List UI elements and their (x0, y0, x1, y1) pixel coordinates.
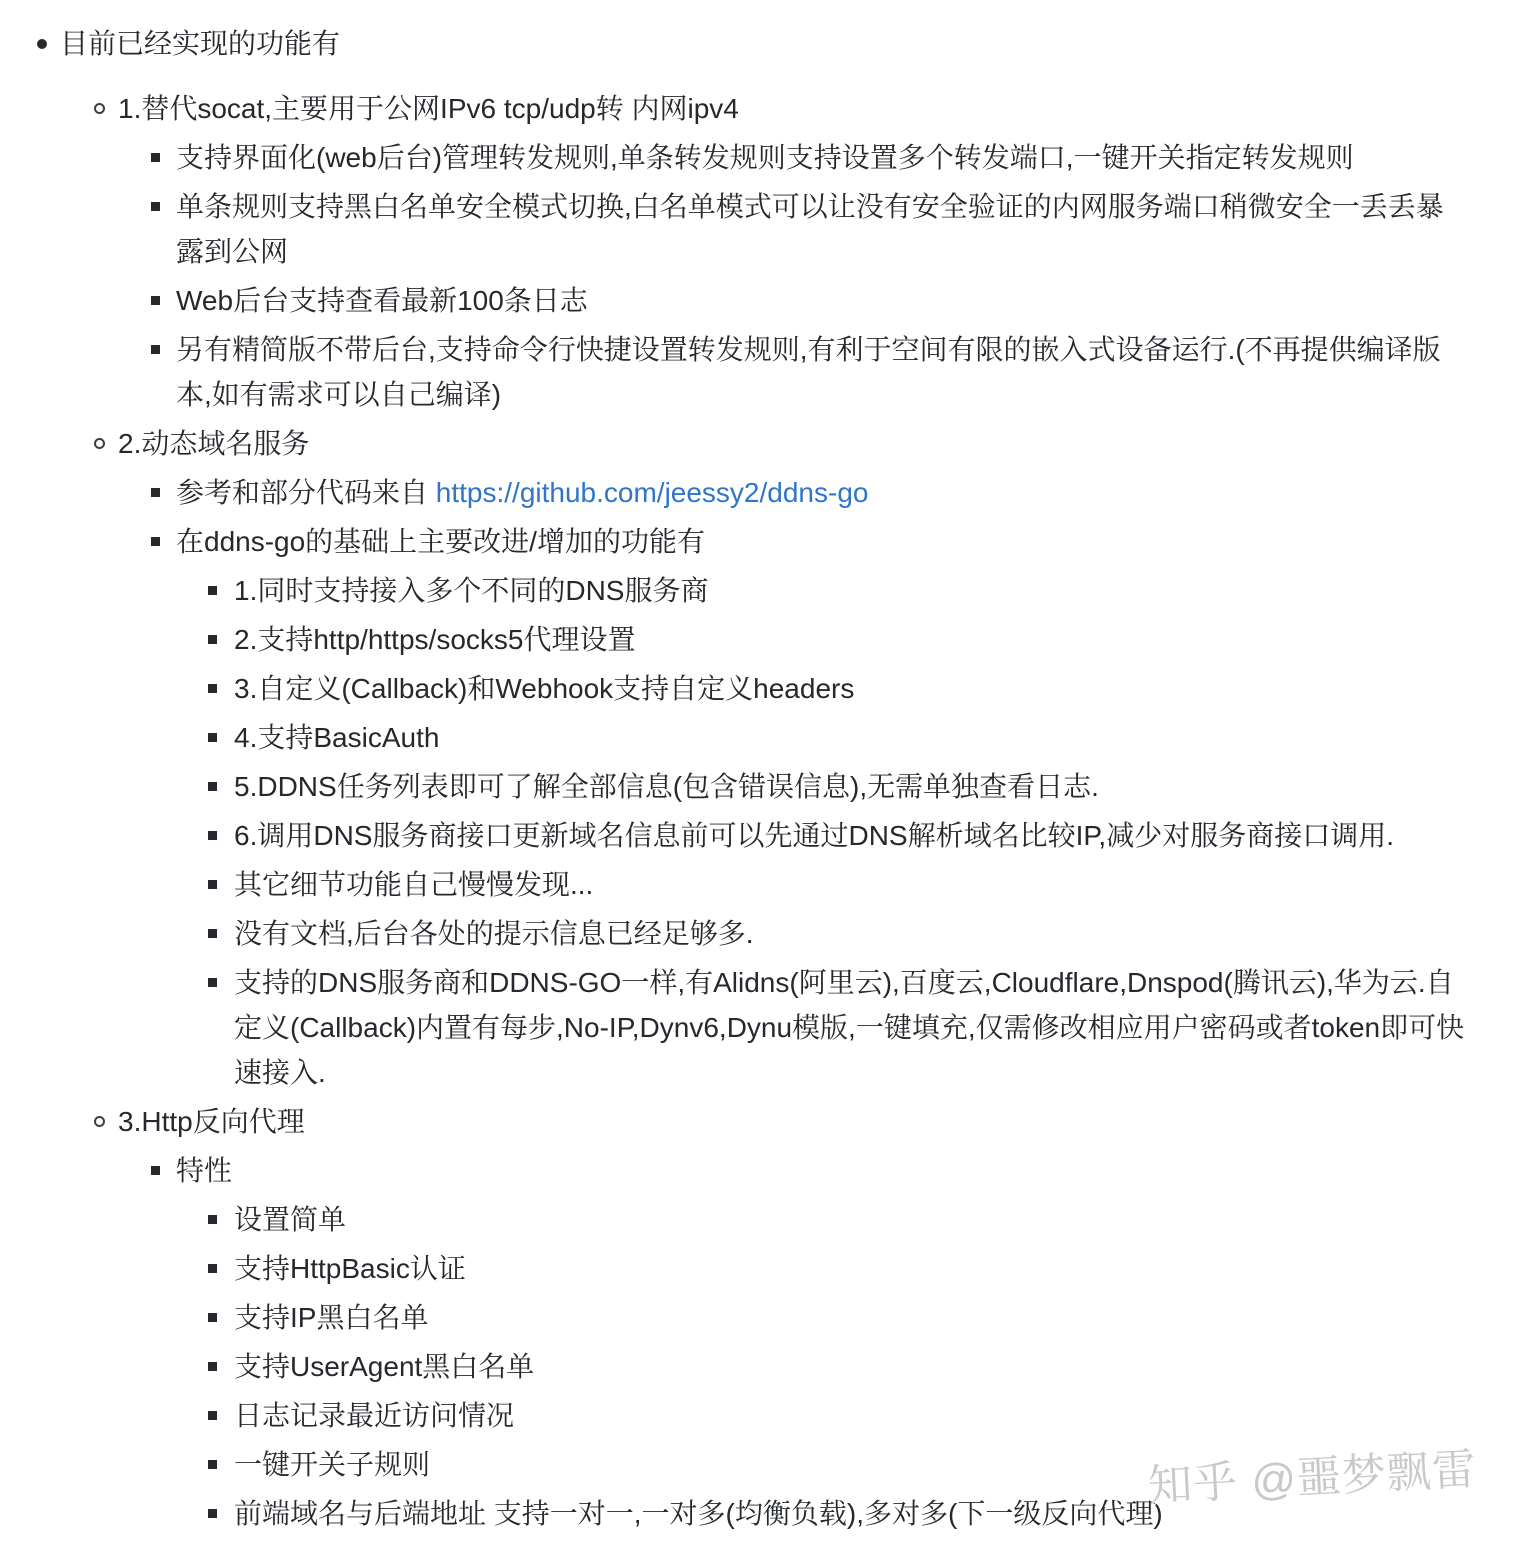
list-item-text: Web后台支持查看最新100条日志 (176, 285, 588, 316)
list-item-text: 5.DDNS任务列表即可了解全部信息(包含错误信息),无需单独查看日志. (234, 771, 1099, 802)
list-item-text: 日志记录最近访问情况 (234, 1400, 514, 1431)
square-bullet-icon (151, 296, 160, 305)
square-bullet-icon (208, 684, 217, 693)
list-item-text: 2.支持http/https/socks5代理设置 (234, 624, 635, 655)
list-item-text: 单条规则支持黑白名单安全模式切换,白名单模式可以让没有安全验证的内网服务端口稍微… (176, 191, 1444, 267)
square-bullet-icon (208, 1264, 217, 1273)
list-item-text: 参考和部分代码来自 https://github.com/jeessy2/ddn… (176, 477, 868, 508)
list-item-text: 支持界面化(web后台)管理转发规则,单条转发规则支持设置多个转发端口,一键开关… (176, 142, 1354, 173)
list-item-text: 3.Http反向代理 (118, 1106, 305, 1137)
list-item: 6.调用DNS服务商接口更新域名信息前可以先通过DNS解析域名比较IP,减少对服… (0, 813, 1470, 858)
list-item-text: 在ddns-go的基础上主要改进/增加的功能有 (176, 526, 705, 557)
list-item-text: 4.支持BasicAuth (234, 722, 439, 753)
list-item-text: 特性 (176, 1155, 232, 1186)
list-item-text: 支持的DNS服务商和DDNS-GO一样,有Alidns(阿里云),百度云,Clo… (234, 967, 1464, 1088)
list-item: 日志记录最近访问情况 (0, 1393, 1470, 1438)
square-bullet-icon (151, 202, 160, 211)
list-item: 3.自定义(Callback)和Webhook支持自定义headers (0, 666, 1470, 711)
square-bullet-icon (151, 345, 160, 354)
square-bullet-icon (208, 782, 217, 791)
list-item-text: 其它细节功能自己慢慢发现... (234, 869, 593, 900)
feature-list-document: 目前已经实现的功能有 1.替代socat,主要用于公网IPv6 tcp/udp转… (0, 0, 1470, 1536)
square-bullet-icon (208, 1411, 217, 1420)
list-item: 支持UserAgent黑白名单 (0, 1344, 1470, 1389)
list-item-text: 目前已经实现的功能有 (60, 28, 340, 59)
list-item: 支持的DNS服务商和DDNS-GO一样,有Alidns(阿里云),百度云,Clo… (0, 960, 1470, 1095)
list-item: 支持IP黑白名单 (0, 1295, 1470, 1340)
disc-bullet-icon (37, 39, 47, 49)
square-bullet-icon (208, 1313, 217, 1322)
square-bullet-icon (208, 1509, 217, 1518)
list-item: 1.同时支持接入多个不同的DNS服务商 (0, 568, 1470, 613)
list-item: 其它细节功能自己慢慢发现... (0, 862, 1470, 907)
list-item-text: 没有文档,后台各处的提示信息已经足够多. (234, 918, 754, 949)
square-bullet-icon (208, 1460, 217, 1469)
ddns-go-link[interactable]: https://github.com/jeessy2/ddns-go (436, 477, 869, 508)
square-bullet-icon (208, 635, 217, 644)
list-item: 设置简单 (0, 1197, 1470, 1242)
circle-bullet-icon (94, 103, 105, 114)
list-item: 支持HttpBasic认证 (0, 1246, 1470, 1291)
list-item-text: 支持HttpBasic认证 (234, 1253, 466, 1284)
circle-bullet-icon (94, 1116, 105, 1127)
square-bullet-icon (151, 153, 160, 162)
list-item-text: 2.动态域名服务 (118, 428, 309, 459)
square-bullet-icon (208, 586, 217, 595)
list-item-text: 1.替代socat,主要用于公网IPv6 tcp/udp转 内网ipv4 (118, 93, 739, 124)
list-item: 参考和部分代码来自 https://github.com/jeessy2/ddn… (0, 470, 1470, 515)
list-item: 单条规则支持黑白名单安全模式切换,白名单模式可以让没有安全验证的内网服务端口稍微… (0, 184, 1470, 274)
list-item: 4.支持BasicAuth (0, 715, 1470, 760)
list-item-text: 支持IP黑白名单 (234, 1302, 428, 1333)
list-item: 2.支持http/https/socks5代理设置 (0, 617, 1470, 662)
list-item: 在ddns-go的基础上主要改进/增加的功能有 (0, 519, 1470, 564)
square-bullet-icon (151, 1166, 160, 1175)
square-bullet-icon (208, 1215, 217, 1224)
list-item: 目前已经实现的功能有 (0, 21, 1470, 66)
list-item: 另有精简版不带后台,支持命令行快捷设置转发规则,有利于空间有限的嵌入式设备运行.… (0, 327, 1470, 417)
square-bullet-icon (208, 929, 217, 938)
list-item-text: 6.调用DNS服务商接口更新域名信息前可以先通过DNS解析域名比较IP,减少对服… (234, 820, 1394, 851)
list-item: 3.Http反向代理 (0, 1099, 1470, 1144)
list-item-text: 另有精简版不带后台,支持命令行快捷设置转发规则,有利于空间有限的嵌入式设备运行.… (176, 334, 1441, 410)
list-item-text: 1.同时支持接入多个不同的DNS服务商 (234, 575, 708, 606)
square-bullet-icon (208, 880, 217, 889)
link-prefix-text: 参考和部分代码来自 (176, 477, 436, 508)
list-item: 2.动态域名服务 (0, 421, 1470, 466)
list-item: 1.替代socat,主要用于公网IPv6 tcp/udp转 内网ipv4 (0, 86, 1470, 131)
square-bullet-icon (151, 488, 160, 497)
square-bullet-icon (151, 537, 160, 546)
list-item-text: 一键开关子规则 (234, 1449, 430, 1480)
list-item: 特性 (0, 1148, 1470, 1193)
list-item-text: 支持UserAgent黑白名单 (234, 1351, 534, 1382)
circle-bullet-icon (94, 438, 105, 449)
square-bullet-icon (208, 733, 217, 742)
square-bullet-icon (208, 1362, 217, 1371)
square-bullet-icon (208, 831, 217, 840)
list-item: 支持界面化(web后台)管理转发规则,单条转发规则支持设置多个转发端口,一键开关… (0, 135, 1470, 180)
list-item-text: 前端域名与后端地址 支持一对一,一对多(均衡负载),多对多(下一级反向代理) (234, 1498, 1163, 1529)
square-bullet-icon (208, 978, 217, 987)
list-item: 5.DDNS任务列表即可了解全部信息(包含错误信息),无需单独查看日志. (0, 764, 1470, 809)
list-item-text: 设置简单 (234, 1204, 346, 1235)
list-item-text: 3.自定义(Callback)和Webhook支持自定义headers (234, 673, 854, 704)
list-item: 没有文档,后台各处的提示信息已经足够多. (0, 911, 1470, 956)
list-item: Web后台支持查看最新100条日志 (0, 278, 1470, 323)
